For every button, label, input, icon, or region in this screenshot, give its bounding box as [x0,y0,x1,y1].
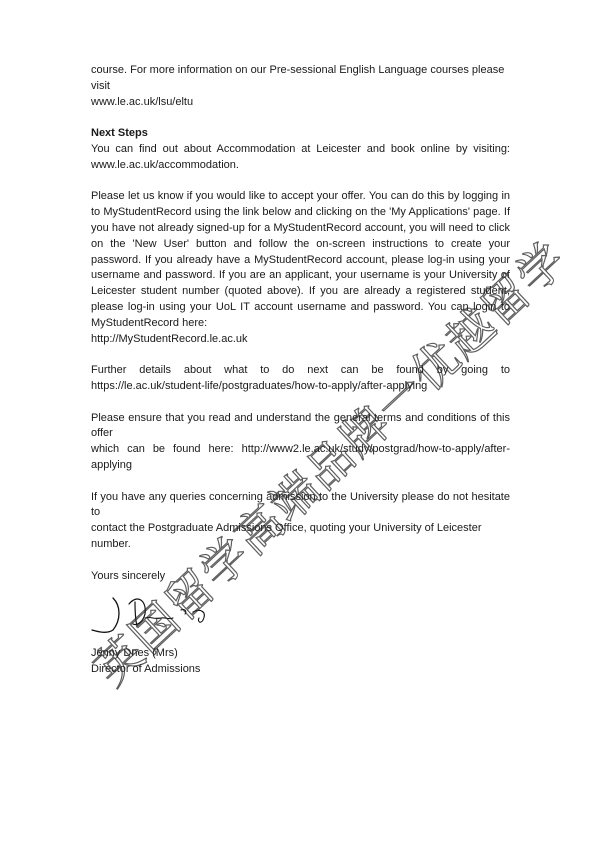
accept-offer-text: Please let us know if you would like to … [91,189,510,331]
accept-offer-paragraph: Please let us know if you would like to … [91,189,510,347]
queries-paragraph: If you have any queries concerning admis… [91,490,510,553]
terms-text-line1: Please ensure that you read and understa… [91,411,510,443]
accommodation-text: You can find out about Accommodation at … [91,142,510,158]
signature-scribble-icon [89,588,229,648]
mystudentrecord-link: http://MyStudentRecord.le.ac.uk [91,332,510,348]
terms-paragraph: Please ensure that you read and understa… [91,411,510,474]
document-page: course. For more information on our Pre-… [0,0,600,846]
queries-text-line2: contact the Postgraduate Admissions Offi… [91,521,510,553]
intro-text: course. For more information on our Pre-… [91,63,510,95]
intro-paragraph: course. For more information on our Pre-… [91,63,510,110]
signatory-name: Jenny Dnes (Mrs) [91,646,510,662]
eltu-link: www.le.ac.uk/lsu/eltu [91,95,510,111]
accommodation-link: www.le.ac.uk/accommodation. [91,158,510,174]
next-steps-section: Next Steps You can find out about Accomm… [91,126,510,173]
after-applying-link: https://le.ac.uk/student-life/postgradua… [91,379,510,395]
further-details-text: Further details about what to do next ca… [91,363,510,379]
signature [91,584,510,646]
closing-paragraph: Yours sincerely [91,569,510,585]
closing-salutation: Yours sincerely [91,569,510,585]
queries-text-line1: If you have any queries concerning admis… [91,490,510,522]
letter-body: course. For more information on our Pre-… [91,63,510,678]
signatory-title: Director of Admissions [91,662,510,678]
further-details-paragraph: Further details about what to do next ca… [91,363,510,395]
terms-text-line2: which can be found here: http://www2.le.… [91,442,510,474]
next-steps-heading: Next Steps [91,126,510,142]
